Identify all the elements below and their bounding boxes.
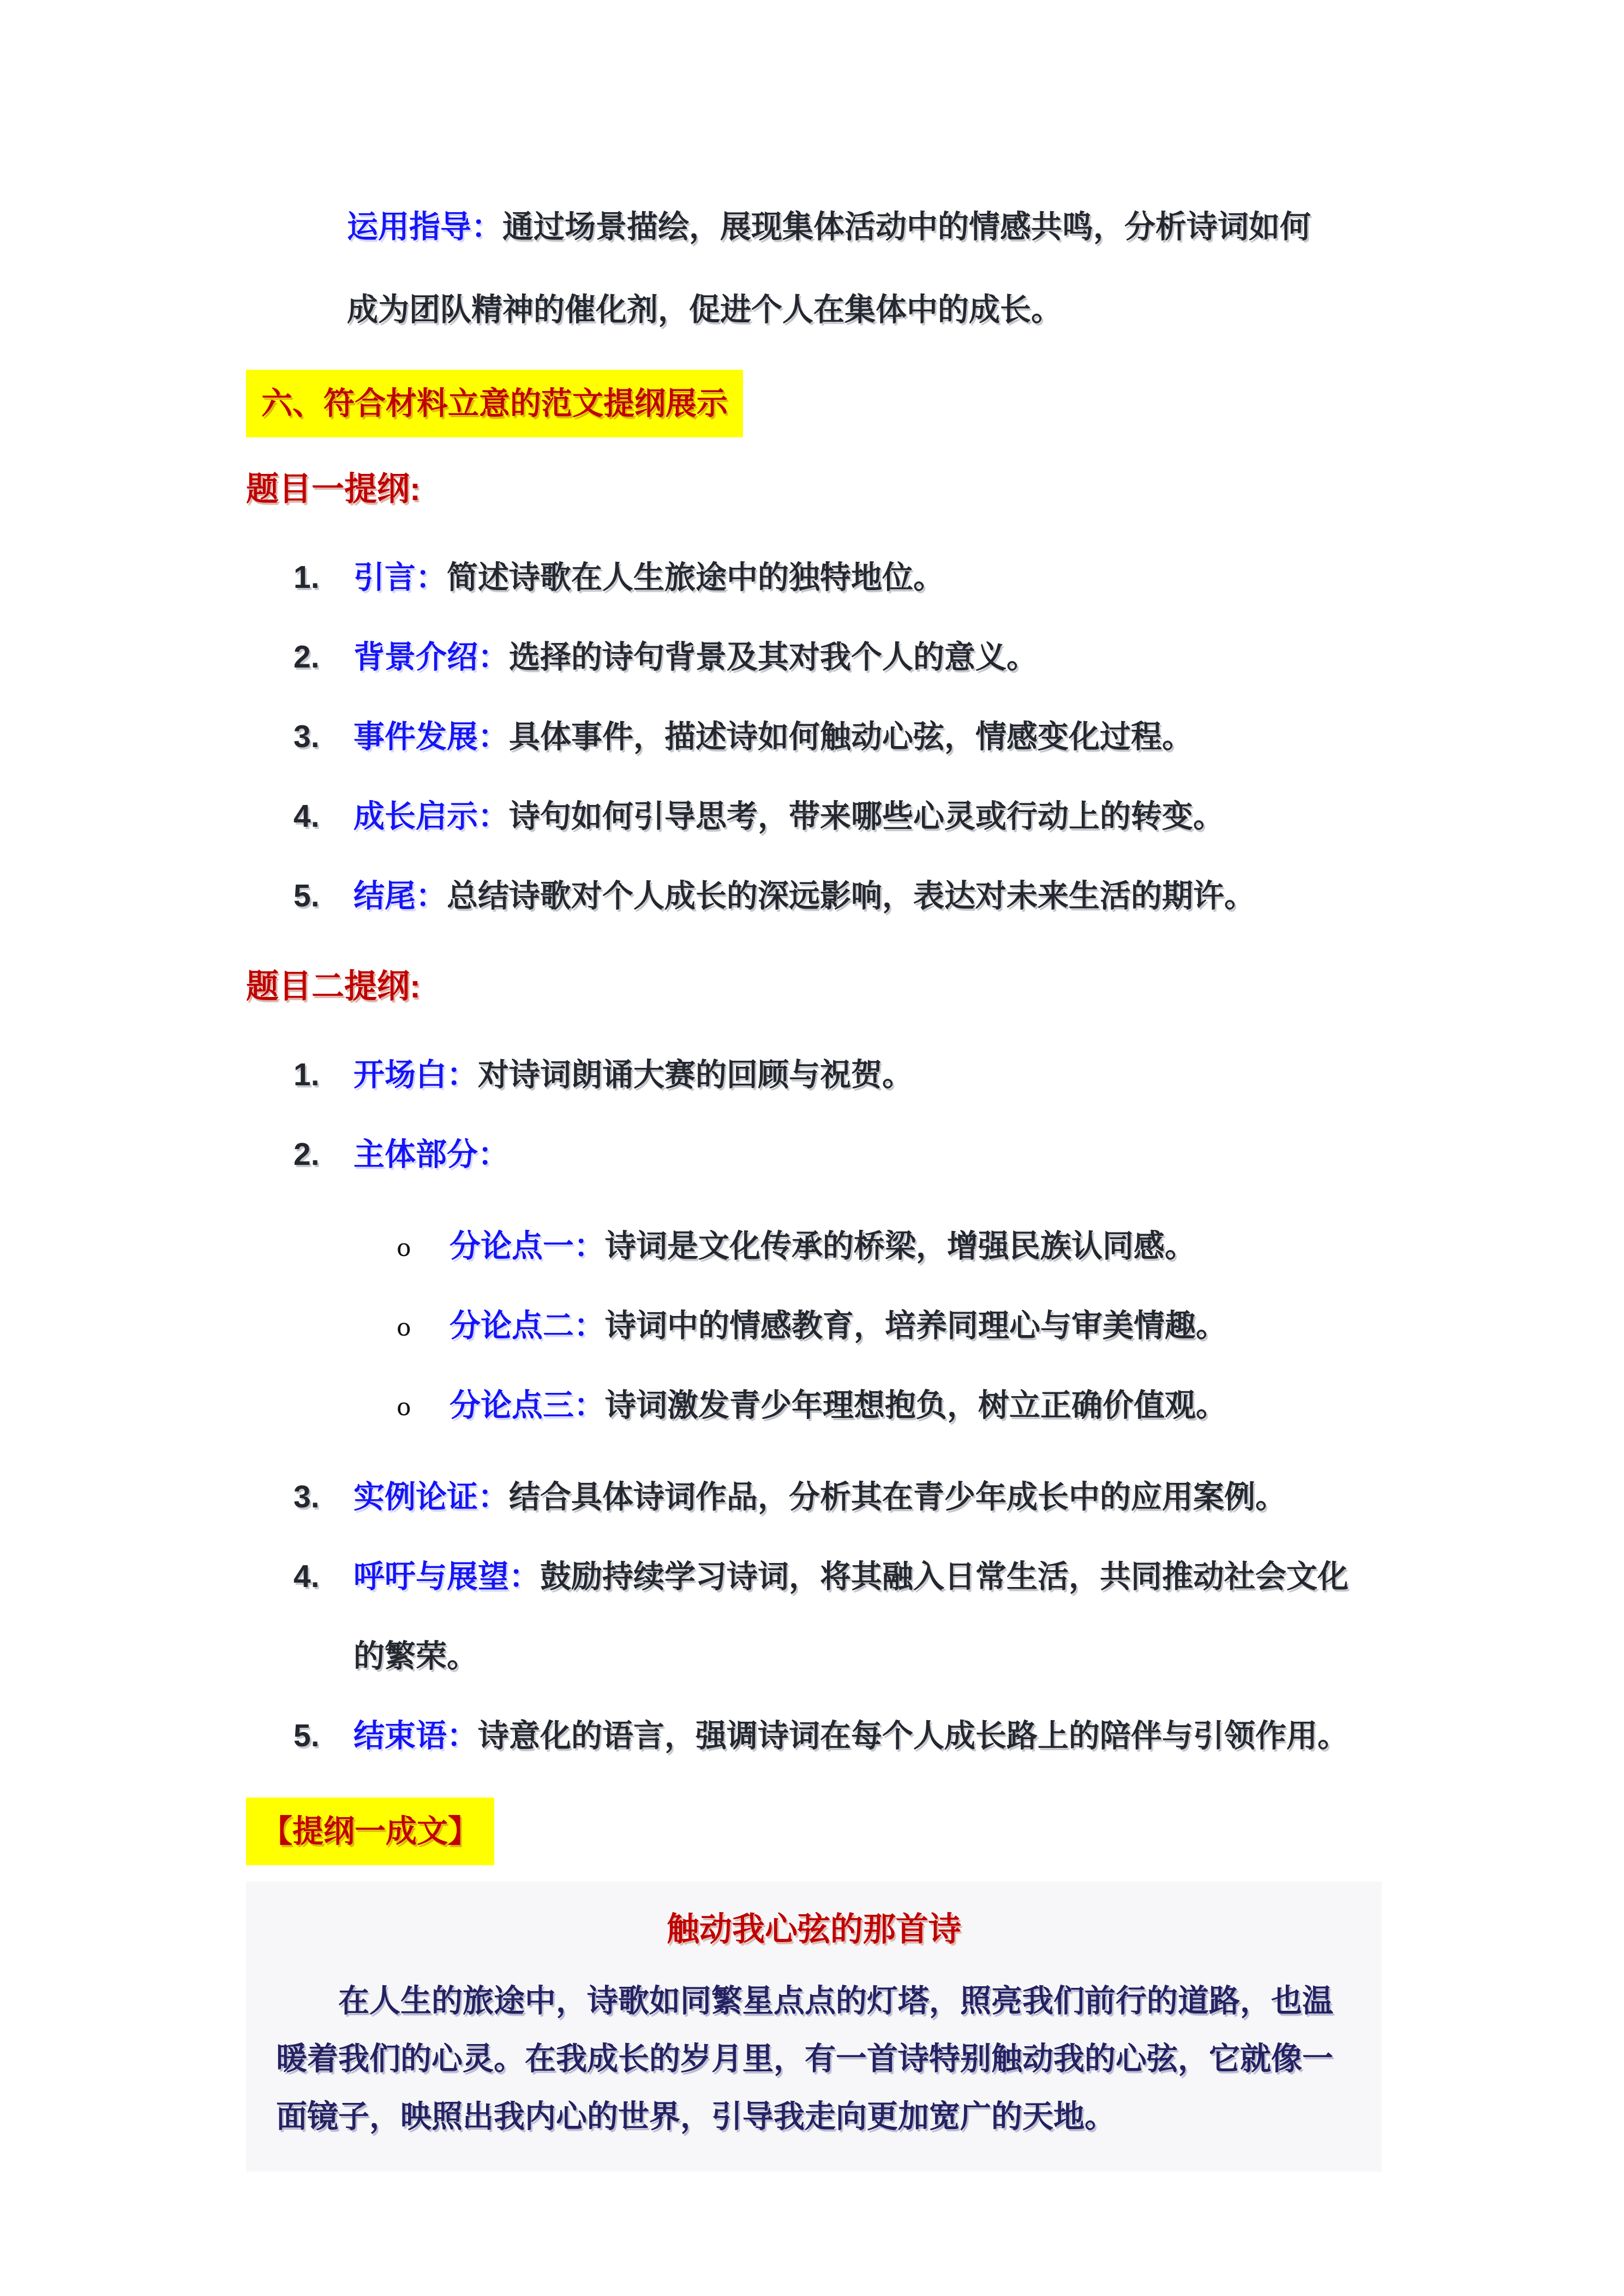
outline2-list-top: 1.开场白：对诗词朗诵大赛的回顾与祝贺。 2.主体部分： bbox=[246, 1035, 1382, 1194]
item-text: 诗词中的情感教育，培养同理心与审美情趣。 bbox=[605, 1308, 1227, 1343]
essay-tag-highlighted: 【提纲一成文】 bbox=[246, 1798, 494, 1865]
item-text: 诗词激发青少年理想抱负，树立正确价值观。 bbox=[605, 1388, 1227, 1423]
list-item: 3.事件发展：具体事件，描述诗如何触动心弦，情感变化过程。 bbox=[246, 697, 1382, 777]
outline1-list: 1.引言：简述诗歌在人生旅途中的独特地位。 2.背景介绍：选择的诗句背景及其对我… bbox=[246, 538, 1382, 936]
item-text: 诗意化的语言，强调诗词在每个人成长路上的陪伴与引领作用。 bbox=[478, 1718, 1349, 1753]
item-label: 开场白： bbox=[353, 1057, 478, 1092]
essay-paragraph: 在人生的旅途中，诗歌如同繁星点点的灯塔，照亮我们前行的道路，也温暖着我们的心灵。… bbox=[276, 1972, 1352, 2145]
item-number: 3. bbox=[293, 1457, 320, 1537]
essay-box: 触动我心弦的那首诗 在人生的旅途中，诗歌如同繁星点点的灯塔，照亮我们前行的道路，… bbox=[246, 1882, 1382, 2172]
item-label: 实例论证： bbox=[353, 1480, 509, 1514]
outline2-heading: 题目二提纲: bbox=[246, 962, 1382, 1011]
circle-bullet-icon: o bbox=[397, 1288, 411, 1368]
item-number: 4. bbox=[293, 777, 320, 856]
outline2-sublist: o分论点一：诗词是文化传承的桥梁，增强民族认同感。 o分论点二：诗词中的情感教育… bbox=[246, 1206, 1382, 1445]
essay-title: 触动我心弦的那首诗 bbox=[276, 1901, 1352, 1958]
item-label: 背景介绍： bbox=[353, 640, 509, 675]
item-number: 2. bbox=[293, 617, 320, 697]
document-page: 运用指导：通过场景描绘，展现集体活动中的情感共鸣，分析诗词如何成为团队精神的催化… bbox=[0, 0, 1624, 2296]
usage-guide-paragraph: 运用指导：通过场景描绘，展现集体活动中的情感共鸣，分析诗词如何成为团队精神的催化… bbox=[246, 185, 1382, 351]
list-item: 1.引言：简述诗歌在人生旅途中的独特地位。 bbox=[246, 538, 1382, 617]
item-number: 2. bbox=[293, 1115, 320, 1194]
item-label: 成长启示： bbox=[353, 799, 509, 834]
item-text: 诗词是文化传承的桥梁，增强民族认同感。 bbox=[605, 1229, 1196, 1264]
item-number: 1. bbox=[293, 1035, 320, 1115]
item-label: 引言： bbox=[353, 560, 447, 595]
item-label: 分论点一： bbox=[450, 1229, 605, 1264]
item-number: 5. bbox=[293, 1696, 320, 1776]
item-number: 5. bbox=[293, 856, 320, 936]
list-item: 5.结尾：总结诗歌对个人成长的深远影响，表达对未来生活的期许。 bbox=[246, 856, 1382, 936]
usage-guide-label: 运用指导： bbox=[347, 209, 502, 244]
item-label: 主体部分： bbox=[353, 1137, 509, 1172]
item-label: 结束语： bbox=[353, 1718, 478, 1753]
item-text: 具体事件，描述诗如何触动心弦，情感变化过程。 bbox=[509, 719, 1193, 754]
item-label: 分论点三： bbox=[450, 1388, 605, 1423]
item-label: 事件发展： bbox=[353, 719, 509, 754]
item-text: 总结诗歌对个人成长的深远影响，表达对未来生活的期许。 bbox=[447, 879, 1255, 913]
list-item: 4.成长启示：诗句如何引导思考，带来哪些心灵或行动上的转变。 bbox=[246, 777, 1382, 856]
list-item: 3.实例论证：结合具体诗词作品，分析其在青少年成长中的应用案例。 bbox=[246, 1457, 1382, 1537]
essay-tag-row: 【提纲一成文】 bbox=[246, 1798, 1382, 1865]
item-text: 诗句如何引导思考，带来哪些心灵或行动上的转变。 bbox=[509, 799, 1224, 834]
sub-list-item: o分论点三：诗词激发青少年理想抱负，树立正确价值观。 bbox=[246, 1366, 1382, 1445]
item-text: 选择的诗句背景及其对我个人的意义。 bbox=[509, 640, 1038, 675]
list-item: 2.背景介绍：选择的诗句背景及其对我个人的意义。 bbox=[246, 617, 1382, 697]
sub-list-item: o分论点二：诗词中的情感教育，培养同理心与审美情趣。 bbox=[246, 1286, 1382, 1366]
outline2-list-bottom: 3.实例论证：结合具体诗词作品，分析其在青少年成长中的应用案例。 4.呼吁与展望… bbox=[246, 1457, 1382, 1776]
list-item: 2.主体部分： bbox=[246, 1115, 1382, 1194]
section-heading-highlighted: 六、符合材料立意的范文提纲展示 bbox=[246, 370, 743, 437]
item-label: 结尾： bbox=[353, 879, 447, 913]
item-number: 3. bbox=[293, 697, 320, 777]
item-text: 结合具体诗词作品，分析其在青少年成长中的应用案例。 bbox=[509, 1480, 1286, 1514]
item-text: 简述诗歌在人生旅途中的独特地位。 bbox=[447, 560, 944, 595]
list-item: 4.呼吁与展望：鼓励持续学习诗词，将其融入日常生活，共同推动社会文化的繁荣。 bbox=[246, 1537, 1382, 1696]
document-content: 运用指导：通过场景描绘，展现集体活动中的情感共鸣，分析诗词如何成为团队精神的催化… bbox=[246, 185, 1382, 2172]
item-label: 呼吁与展望： bbox=[353, 1559, 540, 1594]
item-number: 4. bbox=[293, 1537, 320, 1616]
item-label: 分论点二： bbox=[450, 1308, 605, 1343]
circle-bullet-icon: o bbox=[397, 1368, 411, 1447]
list-item: 5.结束语：诗意化的语言，强调诗词在每个人成长路上的陪伴与引领作用。 bbox=[246, 1696, 1382, 1776]
list-item: 1.开场白：对诗词朗诵大赛的回顾与祝贺。 bbox=[246, 1035, 1382, 1115]
outline1-heading: 题目一提纲: bbox=[246, 465, 1382, 514]
sub-list-item: o分论点一：诗词是文化传承的桥梁，增强民族认同感。 bbox=[246, 1206, 1382, 1286]
circle-bullet-icon: o bbox=[397, 1209, 411, 1288]
item-text: 对诗词朗诵大赛的回顾与祝贺。 bbox=[478, 1057, 913, 1092]
item-number: 1. bbox=[293, 538, 320, 617]
